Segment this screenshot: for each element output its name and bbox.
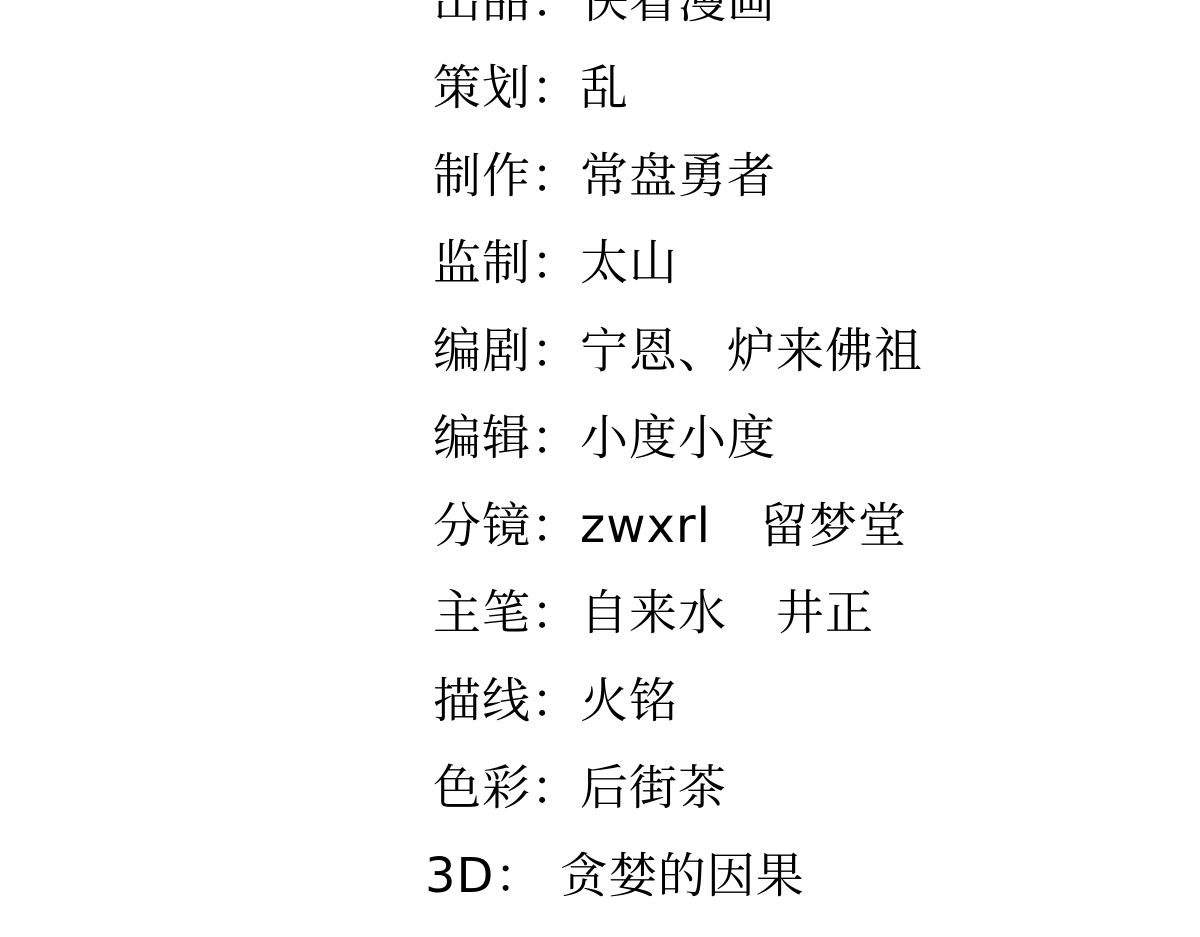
credit-role: 编剧 bbox=[433, 323, 531, 379]
credit-line-cehua: 策划：乱 bbox=[433, 64, 629, 112]
credit-line-jianzhi: 监制：太山 bbox=[433, 239, 678, 287]
credit-role: 3D bbox=[425, 848, 495, 904]
credit-role: 监制 bbox=[433, 235, 531, 291]
credit-line-secai: 色彩：后街茶 bbox=[433, 764, 727, 812]
credit-name: 后街茶 bbox=[580, 760, 727, 816]
credit-separator: ： bbox=[531, 673, 580, 729]
credit-separator: ： bbox=[531, 585, 580, 641]
credit-line-3d: 3D： 贪婪的因果 bbox=[425, 852, 805, 900]
credit-role: 出品 bbox=[433, 0, 531, 29]
credit-separator: ： bbox=[531, 148, 580, 204]
credit-line-zhubi: 主笔：自来水 井正 bbox=[433, 589, 874, 637]
credit-line-bianji: 编辑：小度小度 bbox=[433, 414, 776, 462]
credit-separator: ： bbox=[531, 0, 580, 29]
credit-name: zwxrl 留梦堂 bbox=[580, 498, 907, 554]
credit-name: 小度小度 bbox=[580, 410, 776, 466]
credit-role: 色彩 bbox=[433, 760, 531, 816]
credit-role: 主笔 bbox=[433, 585, 531, 641]
credit-separator: ： bbox=[531, 323, 580, 379]
credit-line-bianju: 编剧：宁恩、炉来佛祖 bbox=[433, 327, 923, 375]
credit-name: 快看漫画 bbox=[580, 0, 776, 29]
credit-separator: ： bbox=[531, 235, 580, 291]
credit-separator: ： bbox=[531, 410, 580, 466]
credits-list: 出品：快看漫画 策划：乱 制作：常盘勇者 监制：太山 编剧：宁恩、炉来佛祖 编辑… bbox=[0, 0, 1200, 937]
credit-name: 乱 bbox=[580, 60, 629, 116]
credit-role: 策划 bbox=[433, 60, 531, 116]
credit-role: 分镜 bbox=[433, 498, 531, 554]
credit-separator: ： bbox=[531, 60, 580, 116]
credit-name: 火铭 bbox=[580, 673, 678, 729]
credit-name: 自来水 井正 bbox=[580, 585, 874, 641]
credit-name: 贪婪的因果 bbox=[560, 848, 805, 904]
credit-line-miaoxian: 描线：火铭 bbox=[433, 677, 678, 725]
credits-page: 出品：快看漫画 策划：乱 制作：常盘勇者 监制：太山 编剧：宁恩、炉来佛祖 编辑… bbox=[0, 0, 1200, 937]
credit-role: 制作 bbox=[433, 148, 531, 204]
credit-line-chupin: 出品：快看漫画 bbox=[433, 0, 776, 25]
credit-name: 太山 bbox=[580, 235, 678, 291]
credit-line-zhizuo: 制作：常盘勇者 bbox=[433, 152, 776, 200]
credit-role: 描线 bbox=[433, 673, 531, 729]
credit-separator: ： bbox=[531, 498, 580, 554]
credit-name: 常盘勇者 bbox=[580, 148, 776, 204]
credit-line-fenjing: 分镜：zwxrl 留梦堂 bbox=[433, 502, 907, 550]
credit-name: 宁恩、炉来佛祖 bbox=[580, 323, 923, 379]
credit-separator: ： bbox=[531, 760, 580, 816]
credit-separator: ： bbox=[495, 848, 560, 904]
credit-role: 编辑 bbox=[433, 410, 531, 466]
